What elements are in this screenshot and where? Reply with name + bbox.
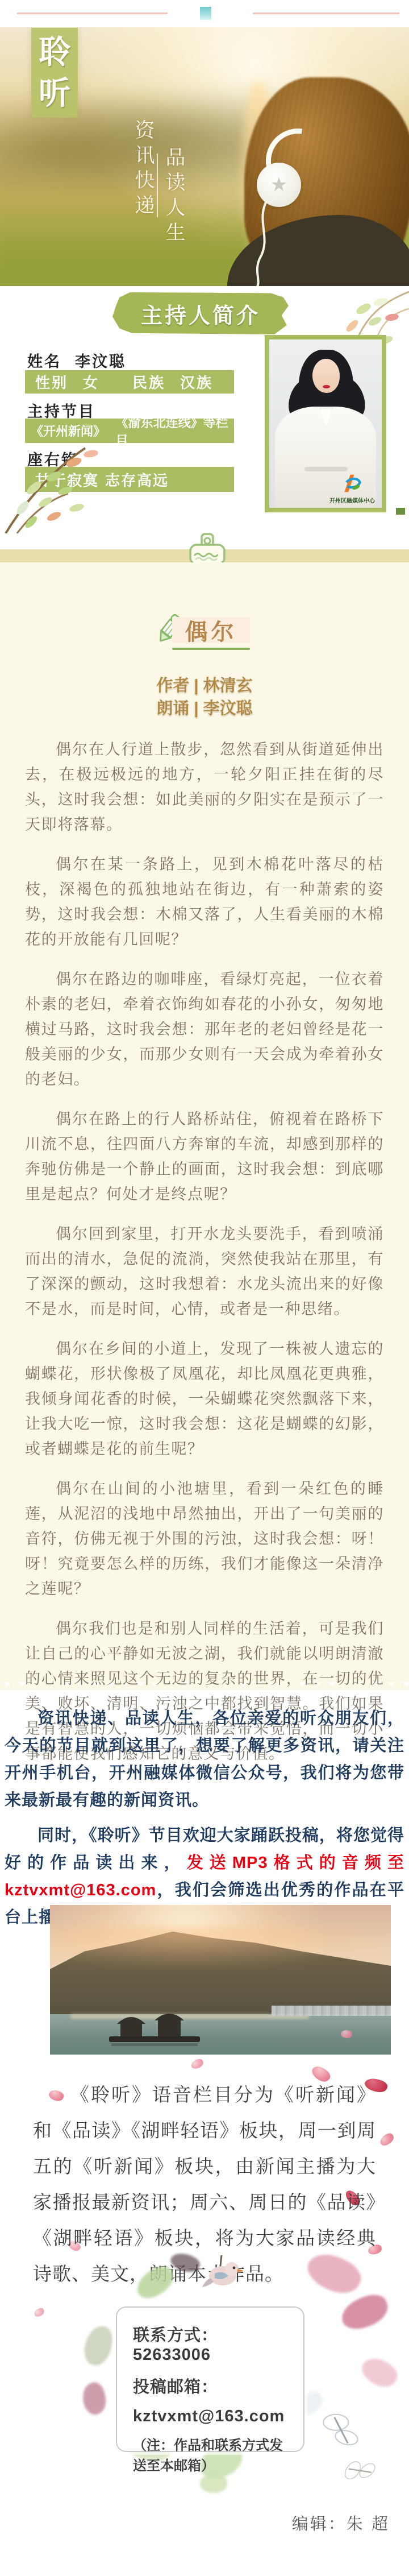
gender-value: 女 (83, 371, 99, 392)
host-intro-banner: 主持人简介 (112, 292, 289, 334)
essay-paragraph: 偶尔在山间的小池塘里，看到一朵红色的睡莲，从泥沼的浅地中昂然抽出，开出了一句美丽… (25, 1476, 384, 1601)
ethnic-label: 民族 (132, 371, 165, 392)
top-right-divider-line (253, 13, 399, 14)
essay-body: 偶尔在人行道上散步，忽然看到从街道延伸出去，在极远极远的地方，一轮夕阳正挂在街的… (25, 737, 384, 1781)
essay-paragraph: 偶尔在乡间的小道上，发现了一株被人遗忘的蝴蝶花，形状像极了凤凰花，却比凤凰花更典… (25, 1336, 384, 1461)
lake-photo-water (50, 2014, 391, 2055)
contact-email-value: kztvxmt@163.com (133, 2407, 289, 2426)
media-center-logo: 开州区融媒体中心 (325, 474, 379, 504)
closing-paragraph-1: 资讯快递、品读人生，各位亲爱的听众朋友们，今天的节目就到这里了，想要了解更多资讯… (5, 1705, 404, 1814)
wreath-gray-sprig (82, 2324, 114, 2368)
essay-paragraph: 偶尔在人行道上散步，忽然看到从街道延伸出去，在极远极远的地方，一轮夕阳正挂在街的… (25, 737, 384, 837)
wreath-berry-sprig (80, 2380, 109, 2417)
headphone-star-icon: ★ (270, 173, 287, 196)
host-photo-lips (323, 385, 330, 388)
article-page: ★ 聆 听 资讯快递 品读人生 主持人简介 姓名 李汶聪 性别 (0, 0, 409, 2576)
reader-line: 朗诵 | 李汶聪 (0, 697, 409, 720)
host-name-value: 李汶聪 (75, 349, 126, 371)
ethnic-value: 汉族 (180, 371, 213, 392)
essay-title-text: 偶尔 (185, 614, 237, 647)
essay-title: 偶尔 (172, 617, 250, 643)
petal-decoration (33, 2307, 45, 2318)
lake-photo-city-strip (272, 2006, 391, 2016)
essay-paragraph: 偶尔回到家里，打开水龙头要洗手，看到喷涌而出的清水，急促的流淌，突然使我站在那里… (25, 1221, 384, 1322)
contact-card: 联系方式：52633006 投稿邮箱： kztvxmt@163.com （注：作… (116, 2306, 304, 2452)
host-intro-banner-label: 主持人简介 (141, 298, 260, 329)
butterfly-icon (341, 2451, 381, 2491)
essay-paragraph: 偶尔在某一条路上，见到木棉花叶落尽的枯枝，深褐色的孤独地站在街边，有一种萧索的姿… (25, 852, 384, 952)
contact-note: （注：作品和联系方式发送至本邮箱） (133, 2436, 289, 2476)
teal-ornament-square (200, 7, 211, 20)
gender-label: 性别 (35, 371, 68, 392)
lake-photo-mountain-rim-light (50, 1926, 391, 1971)
headphone-cord (244, 198, 278, 286)
contact-email-label: 投稿邮箱： (133, 2374, 289, 2397)
slogan-divider-line (157, 154, 158, 217)
host-name-label: 姓名 (27, 349, 61, 371)
slogan-read-life: 品读人生 (160, 147, 188, 247)
essay-title-underline (172, 648, 250, 650)
essay-paragraph: 偶尔在路边的咖啡座，看绿灯亮起，一位衣着朴素的老妇，牵着衣饰绚如春花的小孙女，匆… (25, 967, 384, 1092)
wreath-pink-leaves (337, 2291, 392, 2333)
petal-decoration (378, 2132, 395, 2148)
program-title-char-1: 聆 (39, 32, 70, 73)
leaves-decoration-bottom-left (0, 437, 114, 533)
author-line: 作者 | 林清玄 (0, 674, 409, 697)
lake-photo-pavilion-silhouette (106, 2005, 208, 2050)
bird-icon (200, 2253, 245, 2293)
editor-credit: 编辑：朱 超 (292, 2511, 390, 2534)
media-center-logo-text: 开州区融媒体中心 (325, 496, 379, 504)
host-photo: 开州区融媒体中心 (265, 335, 386, 512)
host-gender-ethnic-bar: 性别 女 民族 汉族 (25, 370, 234, 394)
butterfly-icon (316, 2405, 367, 2457)
hero-cover-image: ★ 聆 听 资讯快递 品读人生 (0, 27, 409, 286)
contact-phone-line: 联系方式：52633006 (133, 2322, 289, 2364)
essay-paragraph: 偶尔在路上的行人路桥站住，俯视着在路桥下川流不息，往四面八方奔窜的车流，却感到那… (25, 1107, 384, 1207)
host-photo-belt (304, 467, 348, 471)
slogan-news-express: 资讯快递 (129, 119, 157, 220)
program-title-block: 聆 听 (31, 28, 78, 118)
host-name-row: 姓名 李汶聪 (27, 349, 126, 371)
closing-remarks: 资讯快递、品读人生，各位亲爱的听众朋友们，今天的节目就到这里了，想要了解更多资讯… (5, 1705, 404, 1939)
paper-clip-icon (187, 532, 227, 566)
wreath-pink-cluster (357, 2352, 402, 2393)
top-left-divider-line (17, 13, 168, 14)
program-title-char-2: 听 (39, 73, 70, 114)
essay-credits: 作者 | 林清玄 朗诵 | 李汶聪 (0, 674, 409, 720)
media-center-logo-mark (343, 474, 362, 493)
petal-decoration (190, 2058, 204, 2070)
program-2: 《渝东北连线》等栏目 (116, 413, 234, 449)
lake-sunset-photo (50, 1905, 391, 2055)
green-corner-chip (396, 508, 405, 515)
